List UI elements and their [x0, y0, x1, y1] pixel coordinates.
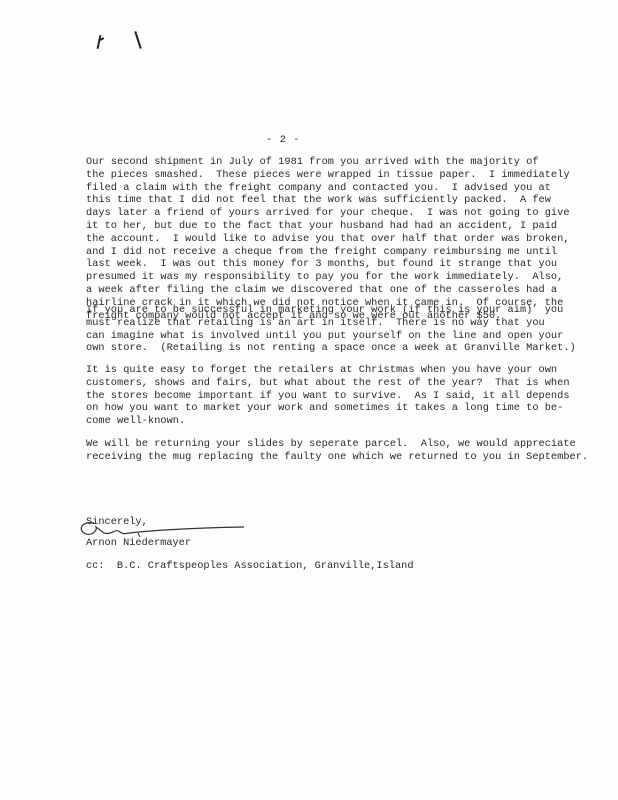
paragraph-retailers: It is quite easy to forget the retailers…: [86, 364, 570, 428]
paragraph-shipment: Our second shipment in July of 1981 from…: [86, 156, 570, 322]
signer-name: Arnon Niedermayer: [86, 537, 191, 549]
page-number: - 2 -: [266, 134, 300, 146]
paragraph-slides: We will be returning your slides by sepe…: [86, 438, 588, 464]
margin-slash-mark-icon: [134, 31, 141, 49]
letter-page: - 2 - Our second shipment in July of 198…: [0, 0, 618, 800]
cc-line: cc: B.C. Craftspeoples Association, Gran…: [86, 560, 414, 572]
margin-tick-mark-icon: [100, 37, 104, 41]
paragraph-marketing: If you are to be successful in marketing…: [86, 304, 576, 355]
